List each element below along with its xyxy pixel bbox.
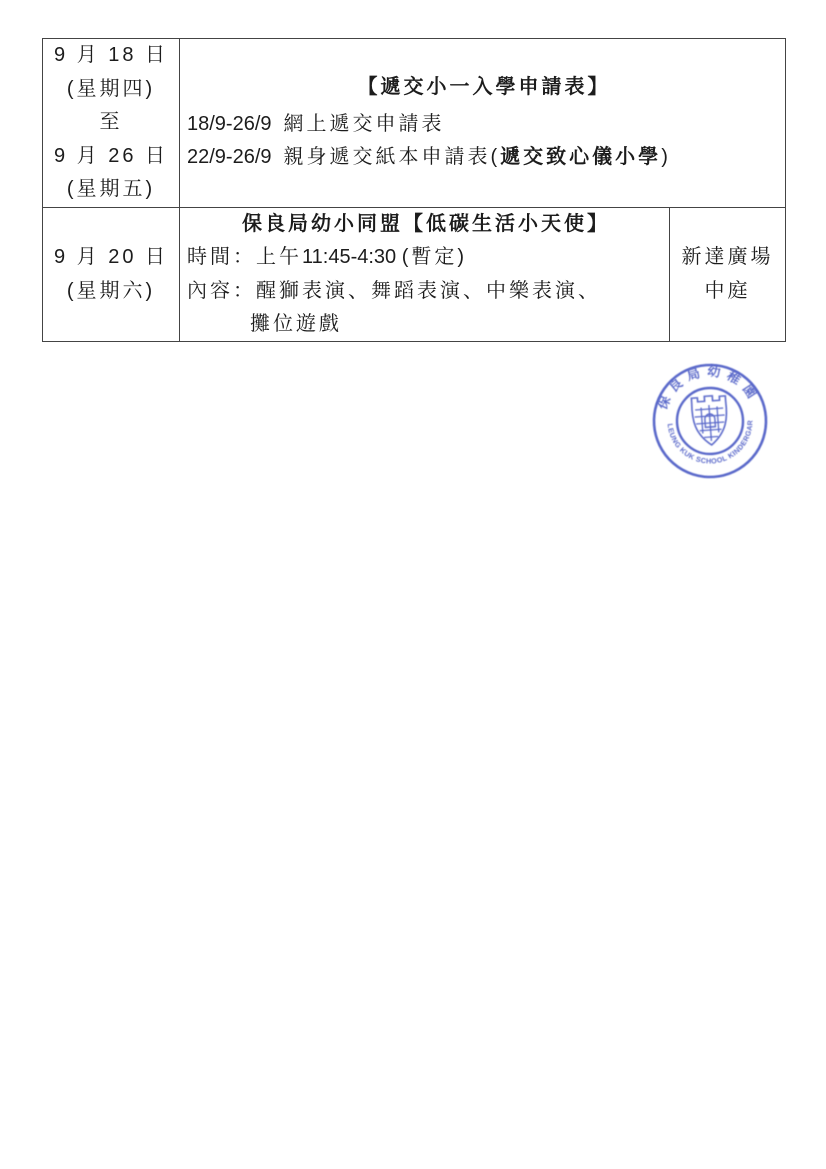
event-title: 【遞交小一入學申請表】 xyxy=(187,71,781,105)
date-cell-sep-20: 9 月 20 日 (星期六) xyxy=(43,208,179,341)
date-range: 18/9-26/9 xyxy=(187,113,272,135)
content-label: 內容： xyxy=(187,280,256,302)
date-line: 至 xyxy=(100,106,123,140)
date-line: 9 月 26 日 xyxy=(54,140,168,174)
event-title: 保良局幼小同盟【低碳生活小天使】 xyxy=(187,208,665,242)
seal-top-arc-text: 保良局幼稚園 xyxy=(652,360,764,413)
venue-cell: 新達廣場 中庭 xyxy=(669,208,785,341)
event-detail-line: 18/9-26/9網上遞交申請表 xyxy=(187,108,781,142)
event-time-line: 時間：上午11:45-4:30 (暫定) xyxy=(187,241,665,275)
date-cell-sep-18-26: 9 月 18 日 (星期四) 至 9 月 26 日 (星期五) xyxy=(43,39,179,207)
detail-text-bold: 遞交致心儀小學 xyxy=(500,146,661,168)
seal-shield-emblem xyxy=(691,395,729,446)
content-text: 醒獅表演、舞蹈表演、中樂表演、 xyxy=(256,280,601,302)
detail-text: 親身遞交紙本申請表 xyxy=(284,146,491,168)
event-content-line: 攤位遊戲 xyxy=(187,308,665,342)
time-value: 11:45-4:30 xyxy=(302,246,396,268)
school-seal-stamp: 保良局幼稚園 PO LEUNG KUK SCHOOL KINDERGARTEN xyxy=(644,357,776,485)
date-line: 9 月 18 日 xyxy=(54,39,168,73)
svg-text:保良局幼稚園: 保良局幼稚園 xyxy=(652,360,764,413)
content-text: 攤位遊戲 xyxy=(250,313,342,335)
event-cell-p1-application: 【遞交小一入學申請表】 18/9-26/9網上遞交申請表 22/9-26/9親身… xyxy=(179,39,785,207)
date-range: 22/9-26/9 xyxy=(187,146,272,168)
time-label: 時間：上午 xyxy=(187,246,302,268)
venue-line: 中庭 xyxy=(705,275,751,309)
venue-line: 新達廣場 xyxy=(682,241,774,275)
event-content-line: 內容：醒獅表演、舞蹈表演、中樂表演、 xyxy=(187,275,665,309)
schedule-table: 9 月 18 日 (星期四) 至 9 月 26 日 (星期五) 【遞交小一入學申… xyxy=(42,38,786,342)
seal-graphic: 保良局幼稚園 PO LEUNG KUK SCHOOL KINDERGARTEN xyxy=(644,357,776,485)
table-row: 9 月 18 日 (星期四) 至 9 月 26 日 (星期五) 【遞交小一入學申… xyxy=(43,39,785,207)
event-cell-low-carbon-angel: 保良局幼小同盟【低碳生活小天使】 時間：上午11:45-4:30 (暫定) 內容… xyxy=(179,208,669,341)
date-line: 9 月 20 日 xyxy=(54,241,168,275)
date-line: (星期六) xyxy=(67,275,155,309)
table-row: 9 月 20 日 (星期六) 保良局幼小同盟【低碳生活小天使】 時間：上午11:… xyxy=(43,207,785,341)
date-line: (星期五) xyxy=(67,173,155,207)
time-suffix: (暫定) xyxy=(402,246,467,268)
date-line: (星期四) xyxy=(67,73,155,107)
event-detail-line: 22/9-26/9親身遞交紙本申請表(遞交致心儀小學) xyxy=(187,141,781,175)
detail-text: 網上遞交申請表 xyxy=(284,113,445,135)
